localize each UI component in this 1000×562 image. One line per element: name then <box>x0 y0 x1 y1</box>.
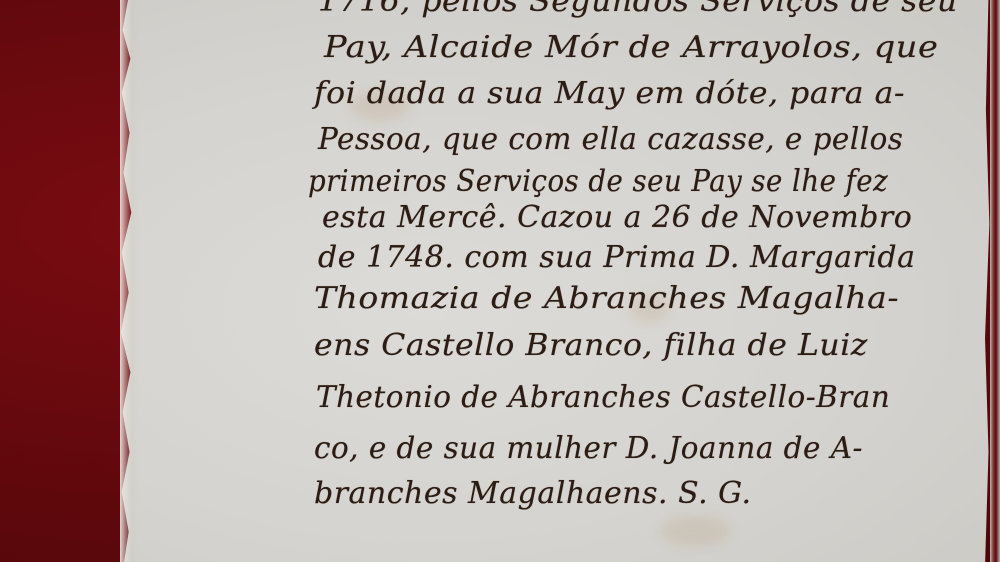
page-right-edge <box>990 0 1000 562</box>
handwritten-text: 1716, pellos Segundos Serviços de seu Pa… <box>300 0 900 562</box>
text-line: Thetonio de Abranches Castello-Bran <box>316 380 890 415</box>
text-line: Pessoa, que com ella cazasse, e pellos <box>318 122 903 157</box>
text-line: de 1748. com sua Prima D. Margarida <box>318 240 916 275</box>
text-line: ens Castello Branco, filha de Luiz <box>314 328 868 363</box>
text-line: foi dada a sua May em dóte, para a- <box>314 76 905 111</box>
text-line: esta Mercê. Cazou a 26 de Novembro <box>322 200 912 235</box>
text-line: Thomazia de Abranches Magalha- <box>314 281 899 316</box>
text-line: Pay, Alcaide Mór de Arrayolos, que <box>324 30 938 65</box>
text-line: primeiros Serviços de seu Pay se lhe fez <box>308 164 888 199</box>
text-line: co, e de sua mulher D. Joanna de A- <box>314 431 863 466</box>
text-line: branches Magalhaens. S. G. <box>314 476 752 511</box>
page-deckle-edge <box>120 0 132 562</box>
text-line: 1716, pellos Segundos Serviços de seu <box>318 0 958 19</box>
